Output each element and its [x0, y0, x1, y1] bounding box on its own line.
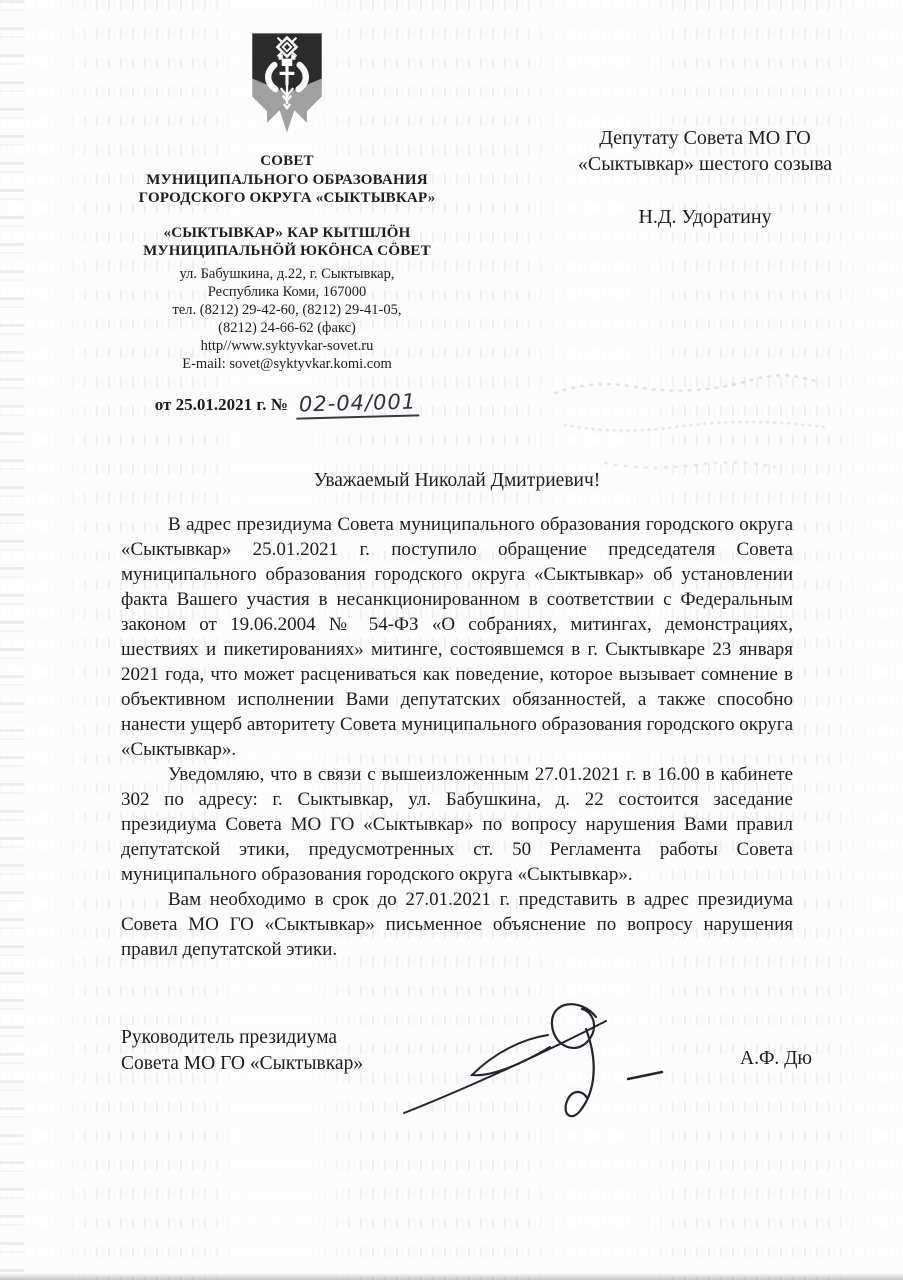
syktyvkar-coat-of-arms-icon	[247, 30, 327, 142]
scan-bottom-edge	[0, 1273, 903, 1280]
phone-line: тел. (8212) 29-42-60, (8212) 29-41-05,	[92, 301, 482, 319]
phone-line: (8212) 24-66-62 (факс)	[92, 319, 482, 337]
scan-left-edge-noise	[0, 0, 24, 1280]
email-line: E-mail: sovet@syktyvkar.komi.com	[92, 355, 482, 373]
website-line: http//www.syktyvkar-sovet.ru	[92, 337, 482, 355]
body-paragraph: Уведомляю, что в связи с вышеизложенным …	[121, 762, 793, 887]
org-line: СОВЕТ	[92, 152, 482, 171]
body-paragraph: В адрес президиума Совета муниципального…	[121, 512, 793, 762]
org-line: «СЫКТЫВКАР» КАР КЫТШЛÖН	[92, 224, 482, 243]
addressee-name: Н.Д. Удоратину	[540, 205, 870, 231]
org-line: МУНИЦИПАЛЬНОГО ОБРАЗОВАНИЯ	[92, 171, 482, 190]
signer-title-line: Совета МО ГО «Сыктывкар»	[121, 1051, 363, 1077]
letterhead: СОВЕТ МУНИЦИПАЛЬНОГО ОБРАЗОВАНИЯ ГОРОДСК…	[92, 152, 482, 418]
body-paragraph: Вам необходимо в срок до 27.01.2021 г. п…	[121, 887, 793, 962]
address-line: ул. Бабушкина, д.22, г. Сыктывкар,	[92, 265, 482, 283]
org-name-russian: СОВЕТ МУНИЦИПАЛЬНОГО ОБРАЗОВАНИЯ ГОРОДСК…	[92, 152, 482, 208]
signer-title: Руководитель президиума Совета МО ГО «Сы…	[121, 1025, 363, 1077]
letter-body: В адрес президиума Совета муниципального…	[121, 512, 793, 962]
address-line: Республика Коми, 167000	[92, 283, 482, 301]
contact-block: ул. Бабушкина, д.22, г. Сыктывкар, Респу…	[92, 265, 482, 373]
salutation: Уважаемый Николай Дмитриевич!	[121, 470, 793, 492]
reference-line: от 25.01.2021 г. № 02-04/001	[92, 391, 482, 418]
signer-name: А.Ф. Дю	[740, 1048, 812, 1070]
reference-prefix: от 25.01.2021 г. №	[155, 395, 288, 414]
addressee-block: Депутату Совета МО ГО «Сыктывкар» шестог…	[540, 126, 870, 231]
org-name-komi: «СЫКТЫВКАР» КАР КЫТШЛÖН МУНИЦИПАЛЬНÖЙ ЮК…	[92, 224, 482, 261]
addressee-line: Депутату Совета МО ГО	[540, 126, 870, 152]
scanned-letter-page: СОВЕТ МУНИЦИПАЛЬНОГО ОБРАЗОВАНИЯ ГОРОДСК…	[0, 0, 903, 1280]
signer-title-line: Руководитель президиума	[121, 1025, 363, 1051]
faint-pencil-smudges	[545, 355, 885, 480]
handwritten-signature-icon	[390, 995, 710, 1145]
org-line: МУНИЦИПАЛЬНÖЙ ЮКÖНСА СÖВЕТ	[92, 242, 482, 261]
reference-number-handwritten: 02-04/001	[296, 389, 420, 419]
org-line: ГОРОДСКОГО ОКРУГА «СЫКТЫВКАР»	[92, 189, 482, 208]
addressee-line: «Сыктывкар» шестого созыва	[540, 152, 870, 178]
